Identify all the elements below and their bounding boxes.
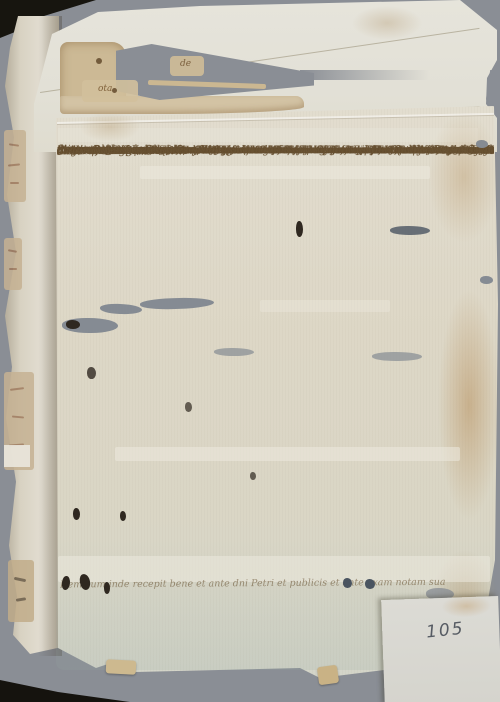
ink-blot <box>73 508 80 520</box>
bottom-patch: 105 <box>381 596 500 702</box>
fragment-text: de <box>170 56 204 76</box>
ink-blot <box>87 367 96 379</box>
ink-blot <box>365 579 375 589</box>
ink-blot <box>343 578 352 588</box>
ink-blot <box>250 472 256 480</box>
paper-fragment <box>8 560 34 622</box>
hole <box>300 70 430 80</box>
text-block: overint univsi qd die lune vij q fuit no… <box>57 141 494 569</box>
hole <box>476 140 488 148</box>
ink-blot <box>66 320 80 329</box>
ink-speck <box>96 58 102 64</box>
ink-blot <box>185 402 192 412</box>
paper-fragment <box>106 659 137 675</box>
manuscript-photo: de ota overint univsi qd die lune vij q … <box>0 0 500 702</box>
hole <box>486 70 500 112</box>
fragment-text: ota <box>82 80 138 102</box>
hole <box>480 276 493 284</box>
ink-blot <box>296 221 303 237</box>
paper-fragment <box>4 130 26 202</box>
ink-blot <box>120 511 126 521</box>
stain <box>441 594 492 618</box>
paper-fragment <box>4 445 30 467</box>
manuscript-line: in loco die anno et presentibus supradic… <box>57 141 293 162</box>
repair-strip <box>58 128 478 142</box>
ink-speck <box>112 88 117 93</box>
addendum-line: Item cum inde recepit bene et ante dni P… <box>60 577 484 596</box>
hole <box>214 348 254 356</box>
page-number: 105 <box>425 616 487 646</box>
ink-blot <box>104 582 110 594</box>
paper-fragment <box>317 665 339 686</box>
paper-fragment <box>4 238 22 290</box>
hole <box>372 352 422 361</box>
hole <box>390 226 430 235</box>
